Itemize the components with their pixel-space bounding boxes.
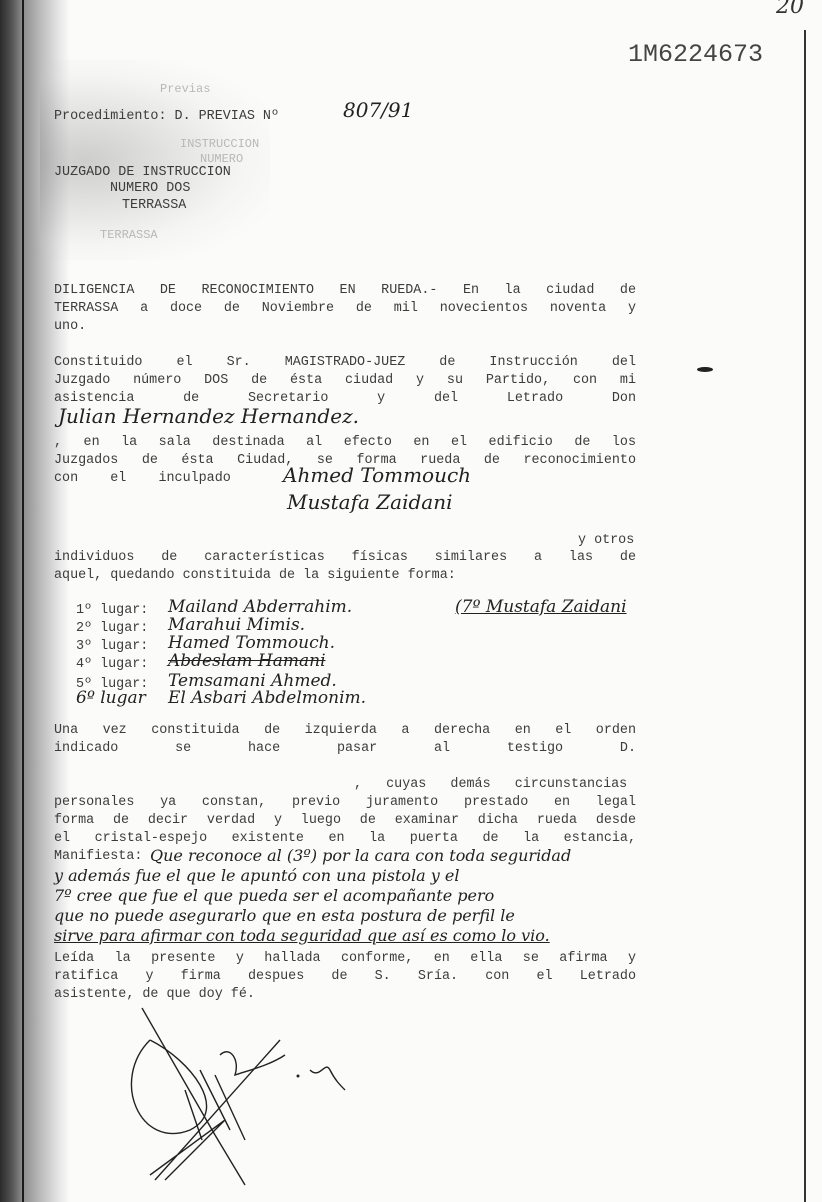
closing-line: Leída la presente y hallada conforme, en…	[54, 951, 636, 966]
lineup-person-name: El Asbari Abdelmonim.	[168, 688, 366, 708]
right-margin-rule	[804, 30, 806, 1202]
ink-blot	[697, 367, 713, 372]
constitution-line: Juzgado número DOS de ésta ciudad y su P…	[54, 373, 636, 388]
witness-line: Una vez constituida de izquierda a derec…	[54, 723, 636, 738]
intro-line: TERRASSA a doce de Noviembre de mil nove…	[54, 301, 636, 316]
court-name: JUZGADO DE INSTRUCCION	[54, 165, 231, 180]
constitution-line: con el inculpado	[54, 471, 231, 486]
constitution-line: individuos de características físicas si…	[54, 550, 636, 565]
witness-line: forma de decir verdad y luego de examina…	[54, 813, 636, 828]
statement-line: que no puede asegurarlo que en esta post…	[54, 906, 515, 925]
lineup-person-name: Marahui Mimis.	[168, 615, 305, 635]
closing-line: ratifica y firma despues de S. Sría. con…	[54, 969, 636, 984]
constitution-line: Constituido el Sr. MAGISTRADO-JUEZ de In…	[54, 355, 636, 370]
statement-line: Que reconoce al (3º) por la cara con tod…	[150, 846, 571, 865]
intro-line: DILIGENCIA DE RECONOCIMIENTO EN RUEDA.- …	[54, 283, 636, 298]
ghost-text: Previas	[160, 82, 210, 96]
lineup-person-name-struck: Abdeslam Hamani	[168, 651, 326, 671]
scan-edge-line	[22, 0, 24, 1202]
lineup-seventh-note: (7º Mustafa Zaidani	[455, 597, 627, 617]
ghost-text: NUMERO	[200, 152, 243, 166]
witness-line: personales ya constan, previo juramento …	[54, 795, 636, 810]
lineup-position-label: 2º lugar:	[76, 621, 148, 636]
statement-line: sirve para afirmar con toda seguridad qu…	[54, 926, 550, 945]
document-number: 1M6224673	[628, 40, 763, 69]
accused-name-handwritten: Ahmed Tommouch	[283, 463, 471, 487]
manifiesta-label: Manifiesta:	[54, 849, 142, 864]
intro-line: uno.	[54, 319, 86, 334]
lineup-person-name: Mailand Abderrahim.	[168, 597, 352, 617]
witness-line: indicado se hace pasar al testigo D.	[54, 741, 636, 756]
lineup-position-label: 3º lugar:	[76, 639, 148, 654]
ghost-text: INSTRUCCION	[180, 137, 259, 151]
lineup-person-name: Hamed Tommouch.	[168, 633, 335, 653]
constitution-line: aquel, quedando constituida de la siguie…	[54, 568, 456, 583]
witness-line: el cristal-espejo existente en la puerta…	[54, 831, 636, 846]
court-city: TERRASSA	[122, 198, 186, 213]
procedure-number-handwritten: 807/91	[343, 98, 413, 122]
page-folio-mark: 20	[776, 0, 804, 19]
constitution-line: y otros	[578, 533, 634, 548]
lineup-position-label: 4º lugar:	[76, 657, 148, 672]
witness-line: , cuyas demás circunstancias	[354, 777, 636, 792]
procedure-label: Procedimiento: D. PREVIAS Nº	[54, 109, 279, 124]
statement-line: 7º cree que fue el que pueda ser el acom…	[54, 886, 494, 905]
judge-signature	[130, 1000, 370, 1190]
lineup-position-label-handwritten: 6º lugar	[76, 688, 146, 708]
constitution-line: , en la sala destinada al efecto en el e…	[54, 435, 636, 450]
ghost-text: TERRASSA	[100, 228, 158, 242]
court-number: NUMERO DOS	[110, 181, 190, 196]
lineup-position-label: 1º lugar:	[76, 603, 148, 618]
lawyer-name-handwritten: Julian Hernandez Hernandez.	[58, 404, 359, 428]
statement-line: y además fue el que le apuntó con una pi…	[54, 866, 459, 885]
accused-name-handwritten: Mustafa Zaidani	[287, 490, 453, 514]
